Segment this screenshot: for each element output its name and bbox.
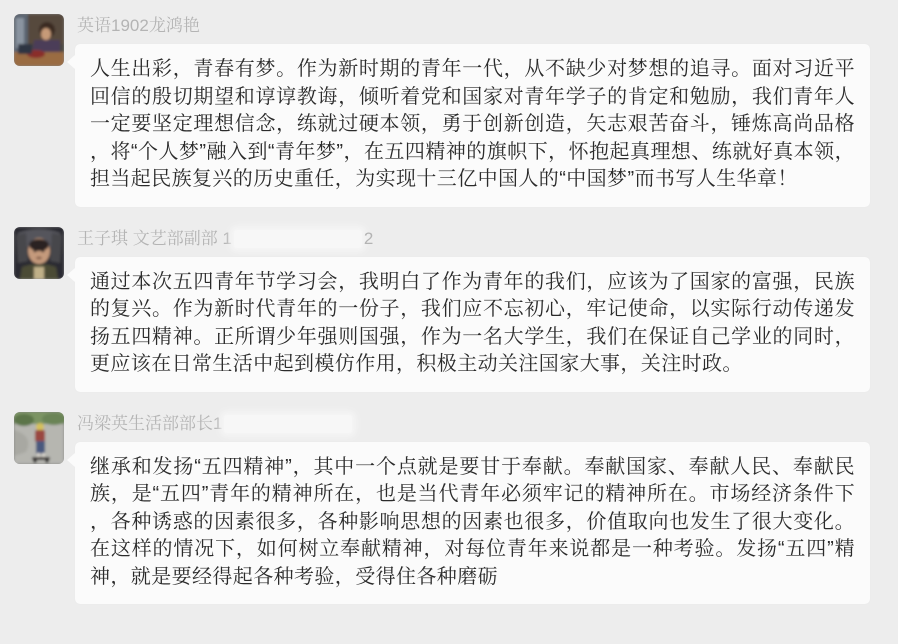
redacted-phone-blur (234, 230, 362, 248)
username-text: 英语1902龙鸿艳 (77, 16, 200, 36)
chat-message-row: 冯梁英生活部部长1 继承和发扬“五四精神”，其中一个点就是要甘于奉献。奉献国家、… (14, 412, 870, 605)
user-avatar[interactable] (14, 14, 64, 66)
username[interactable]: 冯梁英生活部部长1 (77, 414, 870, 434)
message-text: 人生出彩，青春有梦。作为新时期的青年一代，从不缺少对梦想的追寻。面对习近平回信的… (90, 56, 855, 194)
username-text: 王子琪 文艺部副部 1 (77, 229, 232, 249)
message-text: 通过本次五四青年节学习会，我明白了作为青年的我们，应该为了国家的富强，民族的复兴… (90, 269, 855, 379)
message-bubble[interactable]: 继承和发扬“五四精神”，其中一个点就是要甘于奉献。奉献国家、奉献人民、奉献民族，… (75, 442, 870, 605)
chat-message-row: 王子琪 文艺部副部 1 2 通过本次五四青年节学习会，我明白了作为青年的我们，应… (14, 227, 870, 392)
avatar-photo-person-at-desk (14, 14, 64, 66)
avatar-photo-skateboarder (14, 412, 64, 464)
chat-message-row: 英语1902龙鸿艳 人生出彩，青春有梦。作为新时期的青年一代，从不缺少对梦想的追… (14, 14, 870, 207)
chat-message-list: 英语1902龙鸿艳 人生出彩，青春有梦。作为新时期的青年一代，从不缺少对梦想的追… (0, 0, 898, 644)
user-avatar[interactable] (14, 412, 64, 464)
username-suffix: 2 (364, 229, 373, 249)
redacted-phone-blur (224, 415, 352, 433)
username[interactable]: 英语1902龙鸿艳 (77, 16, 870, 36)
username-text: 冯梁英生活部部长1 (77, 414, 222, 434)
message-content: 王子琪 文艺部副部 1 2 通过本次五四青年节学习会，我明白了作为青年的我们，应… (75, 227, 870, 392)
message-content: 英语1902龙鸿艳 人生出彩，青春有梦。作为新时期的青年一代，从不缺少对梦想的追… (75, 14, 870, 207)
message-content: 冯梁英生活部部长1 继承和发扬“五四精神”，其中一个点就是要甘于奉献。奉献国家、… (75, 412, 870, 605)
avatar-photo-child-in-car-seat (14, 227, 64, 279)
message-bubble[interactable]: 通过本次五四青年节学习会，我明白了作为青年的我们，应该为了国家的富强，民族的复兴… (75, 257, 870, 392)
message-text: 继承和发扬“五四精神”，其中一个点就是要甘于奉献。奉献国家、奉献人民、奉献民族，… (90, 454, 855, 592)
user-avatar[interactable] (14, 227, 64, 279)
username[interactable]: 王子琪 文艺部副部 1 2 (77, 229, 870, 249)
message-bubble[interactable]: 人生出彩，青春有梦。作为新时期的青年一代，从不缺少对梦想的追寻。面对习近平回信的… (75, 44, 870, 207)
